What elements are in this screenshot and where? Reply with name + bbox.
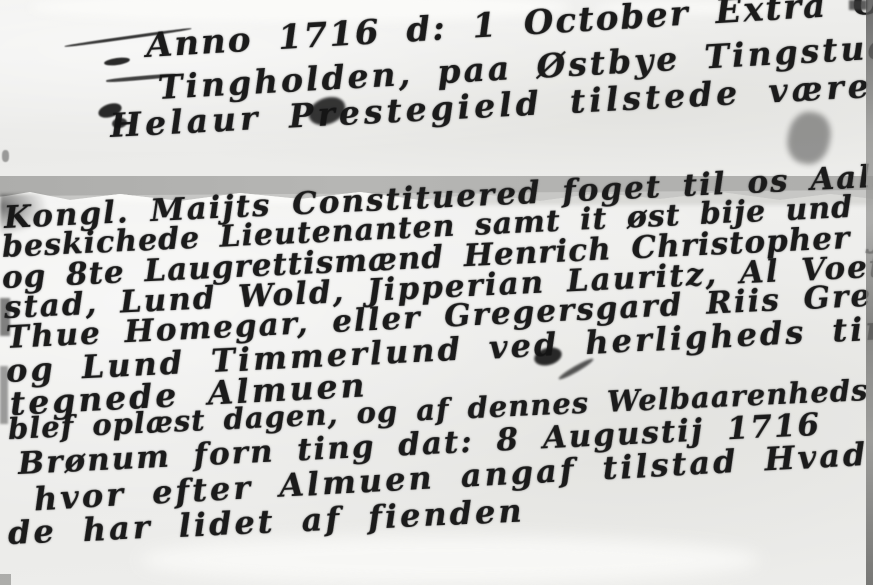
scan-right-edge-shadow xyxy=(866,0,873,585)
scan-left-edge-smudge xyxy=(0,366,8,424)
scan-corner-mark xyxy=(0,574,11,585)
scan-left-edge-smudge xyxy=(0,298,10,336)
manuscript-scan-page: Anno 1716 d: 1 October Extra OrdinaireTi… xyxy=(0,0,873,585)
scan-corner-mark xyxy=(849,0,867,10)
paper-bottom-highlight xyxy=(140,536,760,584)
scan-left-edge-speck xyxy=(2,150,9,162)
scan-left-edge-smudge xyxy=(0,194,48,236)
